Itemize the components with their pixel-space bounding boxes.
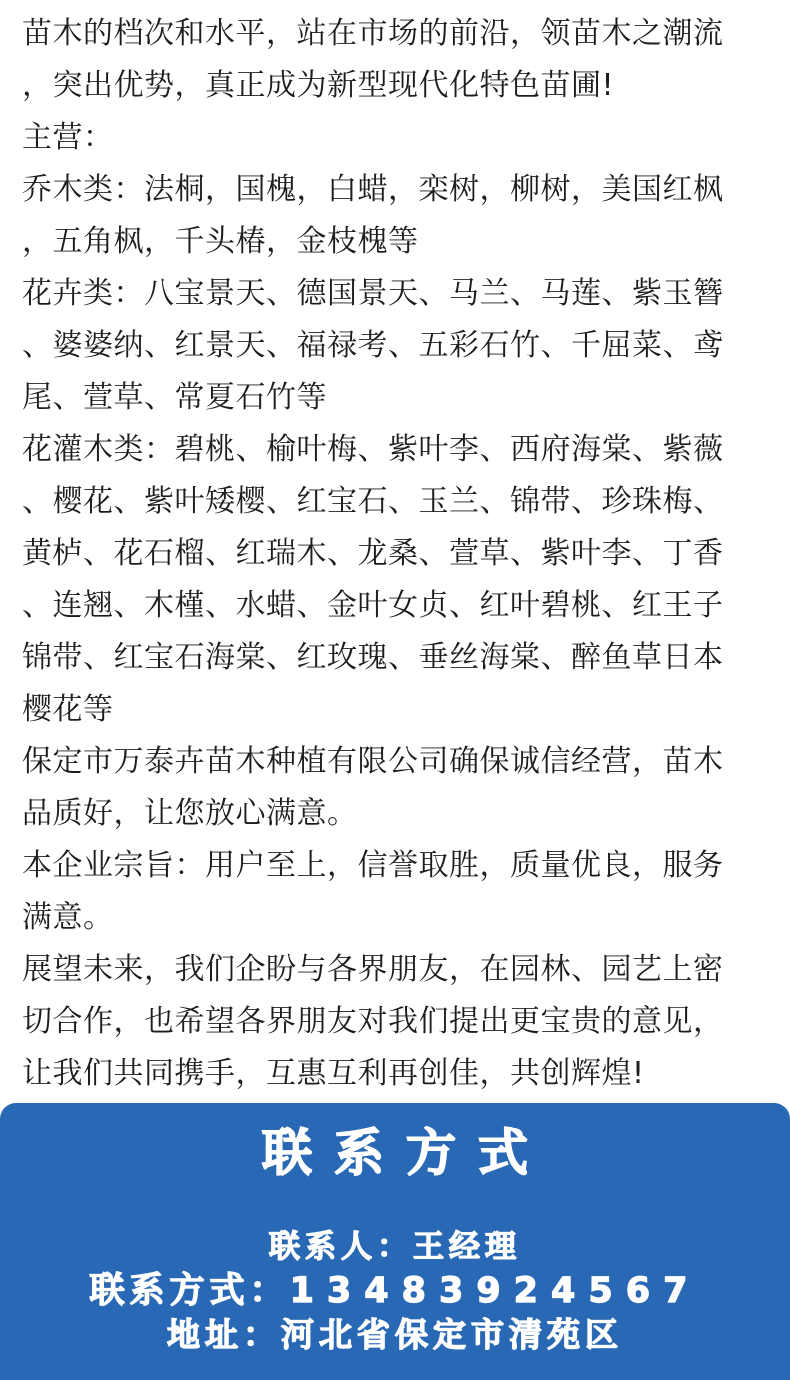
contact-card: 联系方式 联系人：王经理 联系方式：13483924567 地址：河北省保定市清… xyxy=(0,1103,790,1380)
intro-paragraph-flowers: 花卉类：八宝景天、德国景天、马兰、马莲、紫玉簪、婆婆纳、红景天、福禄考、五彩石竹… xyxy=(22,268,728,424)
intro-paragraph-positioning: 苗木的档次和水平，站在市场的前沿，领苗木之潮流，突出优势，真正成为新型现代化特色… xyxy=(22,8,728,112)
intro-paragraph-outlook: 展望未来，我们企盼与各界朋友，在园林、园艺上密切合作，也希望各界朋友对我们提出更… xyxy=(22,944,728,1098)
contact-person-line: 联系人：王经理 xyxy=(0,1225,790,1269)
contact-address-label: 地址： xyxy=(167,1315,281,1354)
contact-person-label: 联系人： xyxy=(269,1229,413,1265)
intro-paragraph-flowering-shrubs: 花灌木类：碧桃、榆叶梅、紫叶李、西府海棠、紫薇、樱花、紫叶矮樱、红宝石、玉兰、锦… xyxy=(22,424,728,736)
company-intro: 苗木的档次和水平，站在市场的前沿，领苗木之潮流，突出优势，真正成为新型现代化特色… xyxy=(22,8,728,1098)
contact-phone-label: 联系方式： xyxy=(90,1271,290,1311)
contact-phone-line: 联系方式：13483924567 xyxy=(0,1269,790,1313)
contact-address-line: 地址：河北省保定市清苑区 xyxy=(0,1313,790,1357)
contact-lines: 联系人：王经理 联系方式：13483924567 地址：河北省保定市清苑区 xyxy=(0,1225,790,1357)
intro-paragraph-mission: 本企业宗旨：用户至上，信誉取胜，质量优良，服务满意。 xyxy=(22,840,728,944)
intro-paragraph-main-business: 主营： xyxy=(22,112,728,164)
contact-person-value: 王经理 xyxy=(413,1229,521,1265)
contact-title: 联系方式 xyxy=(0,1103,790,1179)
contact-phone-number: 13483924567 xyxy=(290,1271,701,1311)
intro-paragraph-trees: 乔木类：法桐，国槐，白蜡，栾树，柳树，美国红枫，五角枫，千头椿，金枝槐等 xyxy=(22,164,728,268)
page: { "intro": { "paragraphs": [ "苗木的档次和水平，站… xyxy=(0,0,790,1380)
contact-address-value: 河北省保定市清苑区 xyxy=(281,1315,623,1354)
intro-paragraph-integrity: 保定市万泰卉苗木种植有限公司确保诚信经营，苗木品质好，让您放心满意。 xyxy=(22,736,728,840)
